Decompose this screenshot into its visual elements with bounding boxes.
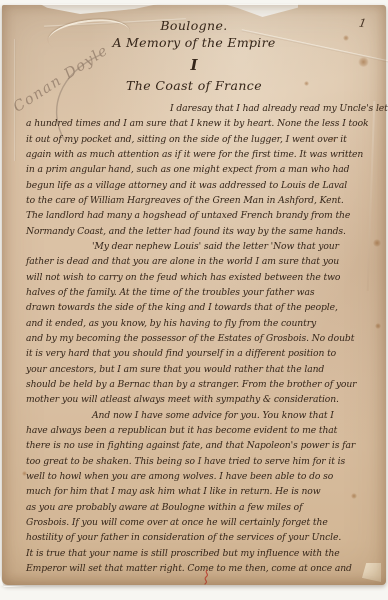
- foxing-spot: [375, 323, 381, 329]
- manuscript-line: father is dead and that you are alone in…: [26, 254, 374, 269]
- title-block: Boulogne. A Memory of the Empire I The C…: [2, 18, 386, 93]
- story-subtitle: A Memory of the Empire: [2, 35, 386, 50]
- manuscript-line: and it ended, as you know, by his having…: [26, 316, 374, 331]
- manuscript-line: should be held by a Bernac than by a str…: [26, 377, 374, 392]
- torn-edge-top-center: [224, 4, 298, 17]
- manuscript-line: too great to be shaken. This being so I …: [26, 454, 374, 469]
- manuscript-line: And now I have some advice for you. You …: [26, 408, 374, 423]
- manuscript-line: have always been a republican but it has…: [26, 423, 374, 438]
- manuscript-line: to the care of William Hargreaves of the…: [26, 193, 374, 208]
- torn-edge-bottom-left: [0, 575, 26, 587]
- manuscript-line: again with as much attention as if it we…: [26, 147, 374, 162]
- manuscript-line: a hundred times and I am sure that I kne…: [26, 116, 374, 131]
- manuscript-line: 'My dear nephew Louis' said the letter '…: [26, 239, 374, 254]
- chapter-title: The Coast of France: [2, 78, 386, 93]
- torn-edge-top-left: [40, 4, 158, 14]
- foxing-spot: [373, 239, 381, 247]
- red-pencil-mark: [202, 569, 212, 586]
- manuscript-line: hostility of your father in consideratio…: [26, 530, 374, 545]
- manuscript-line: much for him that I may ask him what I l…: [26, 484, 374, 499]
- manuscript-line: It is true that your name is still prosc…: [26, 546, 374, 561]
- manuscript-line: drawn towards the side of the king and I…: [26, 300, 374, 315]
- manuscript-line: in a prim angular hand, such as one migh…: [26, 162, 374, 177]
- story-title: Boulogne.: [2, 18, 386, 33]
- manuscript-line: The landlord had many a hogshead of unta…: [26, 208, 374, 223]
- manuscript-line: well to howl when you are among wolves. …: [26, 469, 374, 484]
- manuscript-line: I daresay that I had already read my Unc…: [26, 101, 374, 116]
- manuscript-line: Emperor will set that matter right. Come…: [26, 561, 374, 576]
- manuscript-line: your ancestors, but I am sure that you w…: [26, 362, 374, 377]
- manuscript-line: it out of my pocket and, sitting on the …: [26, 132, 374, 147]
- manuscript-line: Grosbois. If you will come over at once …: [26, 515, 374, 530]
- manuscript-line: Normandy Coast, and the letter had found…: [26, 224, 374, 239]
- manuscript-line: and by my becoming the possessor of the …: [26, 331, 374, 346]
- manuscript-line: it is very hard that you should find you…: [26, 346, 374, 361]
- manuscript-line: mother you will atleast always meet with…: [26, 392, 374, 407]
- manuscript-page: 1 Conan Doyle Boulogne. A Memory of the …: [2, 5, 386, 585]
- manuscript-line: halves of the family. At the time of the…: [26, 285, 374, 300]
- manuscript-body: I daresay that I had already read my Unc…: [26, 101, 374, 576]
- chapter-numeral: I: [2, 56, 386, 74]
- manuscript-line: as you are probably aware at Boulogne wi…: [26, 500, 374, 515]
- manuscript-line: begun life as a village attorney and it …: [26, 178, 374, 193]
- manuscript-line: there is no use in fighting against fate…: [26, 438, 374, 453]
- manuscript-line: will not wish to carry on the feud which…: [26, 270, 374, 285]
